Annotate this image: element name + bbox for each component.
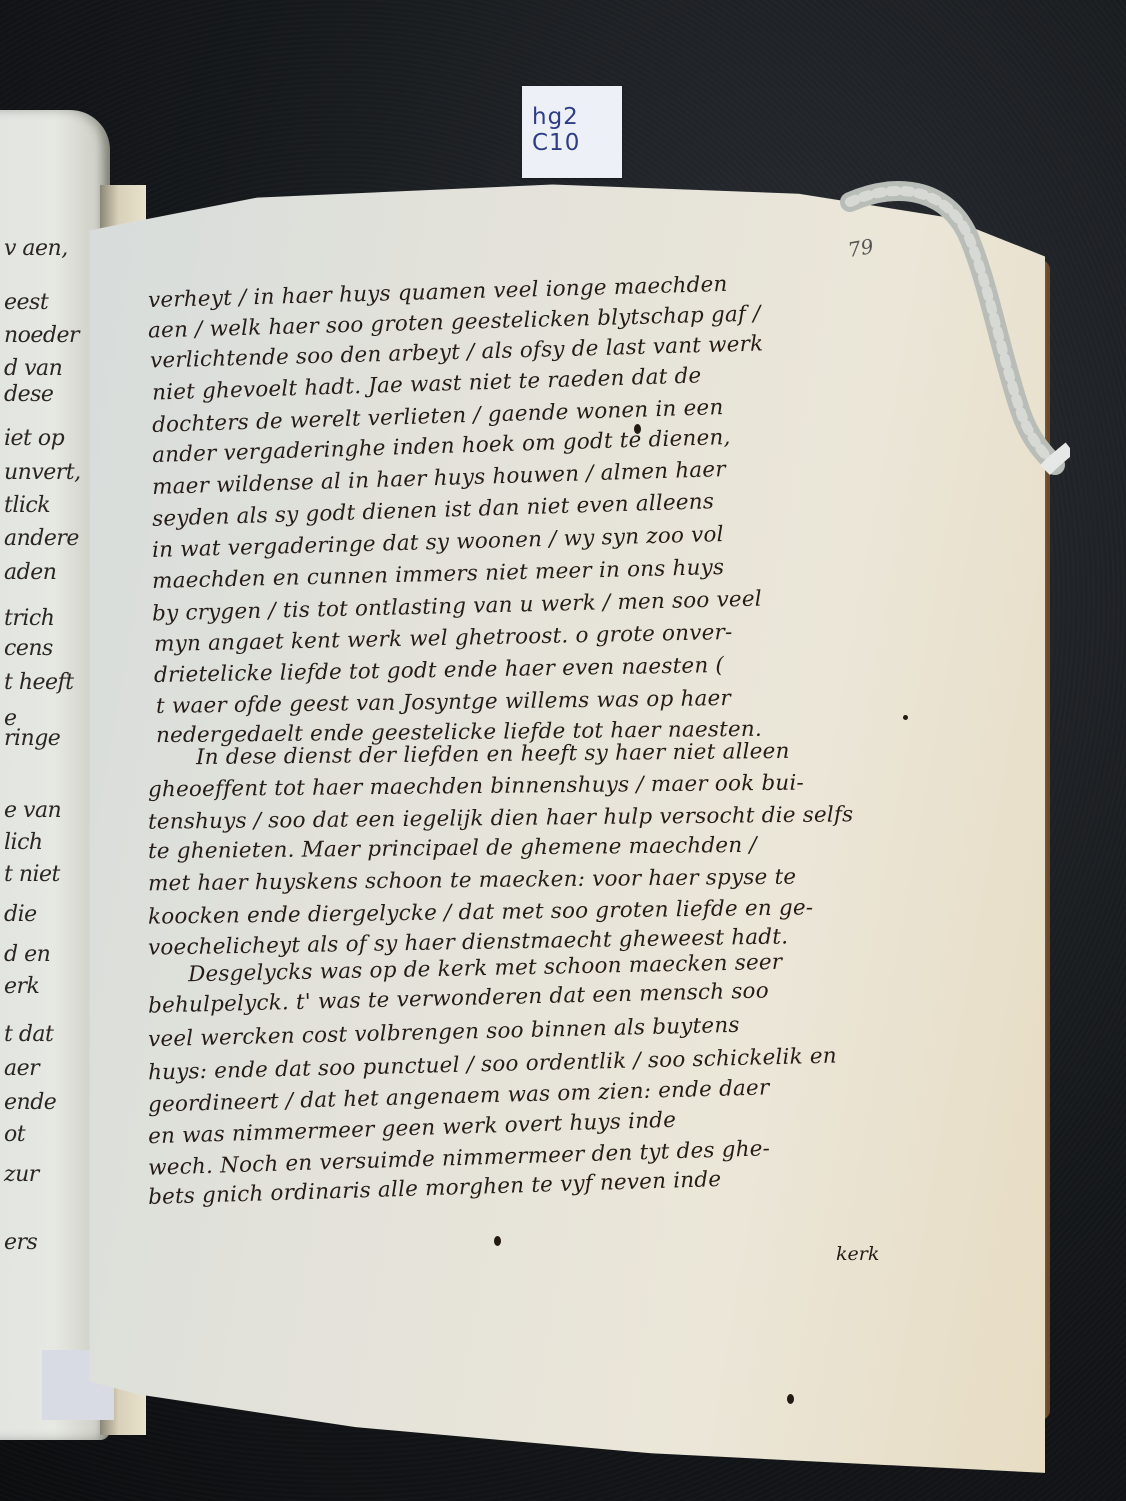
- left-page-line: erk: [4, 974, 39, 999]
- catchword: kerk: [836, 1243, 879, 1265]
- left-page-line: die: [4, 902, 37, 927]
- left-page-line: cens: [4, 636, 53, 661]
- wormhole: [787, 1394, 794, 1404]
- left-page-line: t niet: [4, 862, 60, 887]
- text-line: In dese dienst der liefden en heeft sy h…: [196, 741, 790, 769]
- left-page-line: andere: [4, 526, 79, 551]
- left-page-line: ende: [4, 1090, 56, 1115]
- folio-number: 79: [846, 234, 875, 262]
- text-line: te ghenieten. Maer principael de ghemene…: [148, 835, 757, 863]
- left-page-line: tlick: [4, 493, 50, 518]
- left-page-line: dese: [4, 382, 53, 407]
- left-page-line: eest: [4, 290, 48, 315]
- call-number-label: hg2 C10: [532, 104, 622, 156]
- left-page-line: lich: [4, 830, 43, 855]
- left-page-line: ers: [4, 1230, 37, 1255]
- left-page-line: iet op: [4, 426, 64, 451]
- ink-dot: [903, 715, 908, 720]
- left-page-line: ringe: [4, 726, 60, 751]
- left-page-line: zur: [4, 1162, 39, 1187]
- left-page-line: t dat: [4, 1022, 53, 1047]
- left-page-line: unvert,: [4, 460, 81, 485]
- left-page-line: d en: [4, 942, 50, 967]
- left-page-line: e van: [4, 798, 61, 823]
- left-page-line: d van: [4, 356, 62, 381]
- wormhole: [494, 1236, 501, 1246]
- left-page-line: noeder: [4, 323, 79, 348]
- left-page-line: v aen,: [4, 236, 68, 261]
- left-page-line: ot: [4, 1122, 25, 1147]
- left-page-line: aer: [4, 1056, 39, 1081]
- call-number-tab: hg2 C10: [522, 86, 622, 178]
- left-page-line: t heeft: [4, 670, 74, 695]
- wormhole: [634, 424, 641, 434]
- left-page-line: aden: [4, 560, 56, 585]
- left-page-line: trich: [4, 606, 54, 631]
